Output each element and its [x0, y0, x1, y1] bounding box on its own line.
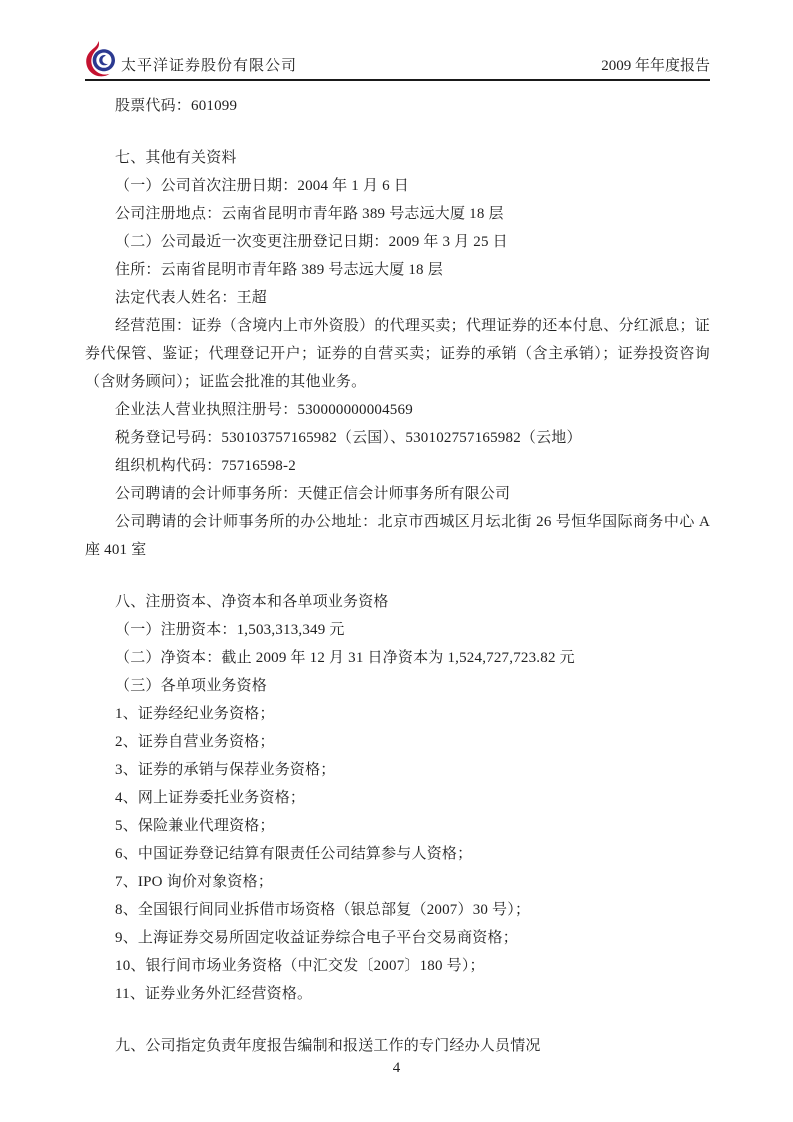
qualification-item-3: 3、证券的承销与保荐业务资格；: [85, 756, 710, 784]
document-body: 股票代码：601099七、其他有关资料（一）公司首次注册日期：2004 年 1 …: [85, 92, 710, 1060]
header-report-title: 2009 年年度报告: [601, 56, 710, 76]
page-number: 4: [0, 1058, 793, 1078]
qualification-item-11: 11、证券业务外汇经营资格。: [85, 980, 710, 1008]
latest-registration-change-line: （二）公司最近一次变更注册登记日期：2009 年 3 月 25 日: [85, 228, 710, 256]
qualification-item-5: 5、保险兼业代理资格；: [85, 812, 710, 840]
business-license-number-line: 企业法人营业执照注册号：530000000004569: [85, 396, 710, 424]
accounting-firm-address-paragraph: 公司聘请的会计师事务所的办公地址：北京市西城区月坛北街 26 号恒华国际商务中心…: [85, 508, 710, 564]
section-8-heading: 八、注册资本、净资本和各单项业务资格: [85, 588, 710, 616]
domicile-line: 住所：云南省昆明市青年路 389 号志远大厦 18 层: [85, 256, 710, 284]
accounting-firm-line: 公司聘请的会计师事务所：天健正信会计师事务所有限公司: [85, 480, 710, 508]
page-header: 太平洋证券股份有限公司 2009 年年度报告: [85, 36, 710, 81]
header-left: 太平洋证券股份有限公司: [85, 36, 297, 76]
business-scope-paragraph: 经营范围：证券（含境内上市外资股）的代理买卖；代理证券的还本付息、分红派息；证券…: [85, 312, 710, 396]
pacific-securities-logo-icon: [85, 40, 119, 80]
logo-red-swoosh: [86, 41, 110, 76]
qualification-item-10: 10、银行间市场业务资格（中汇交发〔2007〕180 号）；: [85, 952, 710, 980]
section-9-heading: 九、公司指定负责年度报告编制和报送工作的专门经办人员情况: [85, 1032, 710, 1060]
qualification-item-8: 8、全国银行间同业拆借市场资格（银总部复（2007）30 号）；: [85, 896, 710, 924]
registered-capital-line: （一）注册资本：1,503,313,349 元: [85, 616, 710, 644]
qualification-item-7: 7、IPO 询价对象资格；: [85, 868, 710, 896]
logo-blue-core: [99, 55, 108, 65]
logo-blue-spiral: [93, 49, 115, 71]
stock-code-line: 股票代码：601099: [85, 92, 710, 120]
qualification-item-2: 2、证券自营业务资格；: [85, 728, 710, 756]
tax-registration-number-line: 税务登记号码：530103757165982（云国）、5301027571659…: [85, 424, 710, 452]
qualification-subheading: （三）各单项业务资格: [85, 672, 710, 700]
net-capital-line: （二）净资本：截止 2009 年 12 月 31 日净资本为 1,524,727…: [85, 644, 710, 672]
section-7-heading: 七、其他有关资料: [85, 144, 710, 172]
report-page: 太平洋证券股份有限公司 2009 年年度报告 股票代码：601099七、其他有关…: [0, 0, 793, 1122]
registered-address-line: 公司注册地点：云南省昆明市青年路 389 号志远大厦 18 层: [85, 200, 710, 228]
qualification-item-1: 1、证券经纪业务资格；: [85, 700, 710, 728]
first-registration-date-line: （一）公司首次注册日期：2004 年 1 月 6 日: [85, 172, 710, 200]
qualification-item-6: 6、中国证券登记结算有限责任公司结算参与人资格；: [85, 840, 710, 868]
qualification-item-4: 4、网上证券委托业务资格；: [85, 784, 710, 812]
header-company-name: 太平洋证券股份有限公司: [121, 56, 297, 76]
legal-representative-line: 法定代表人姓名：王超: [85, 284, 710, 312]
qualification-item-9: 9、上海证券交易所固定收益证券综合电子平台交易商资格；: [85, 924, 710, 952]
organization-code-line: 组织机构代码：75716598-2: [85, 452, 710, 480]
